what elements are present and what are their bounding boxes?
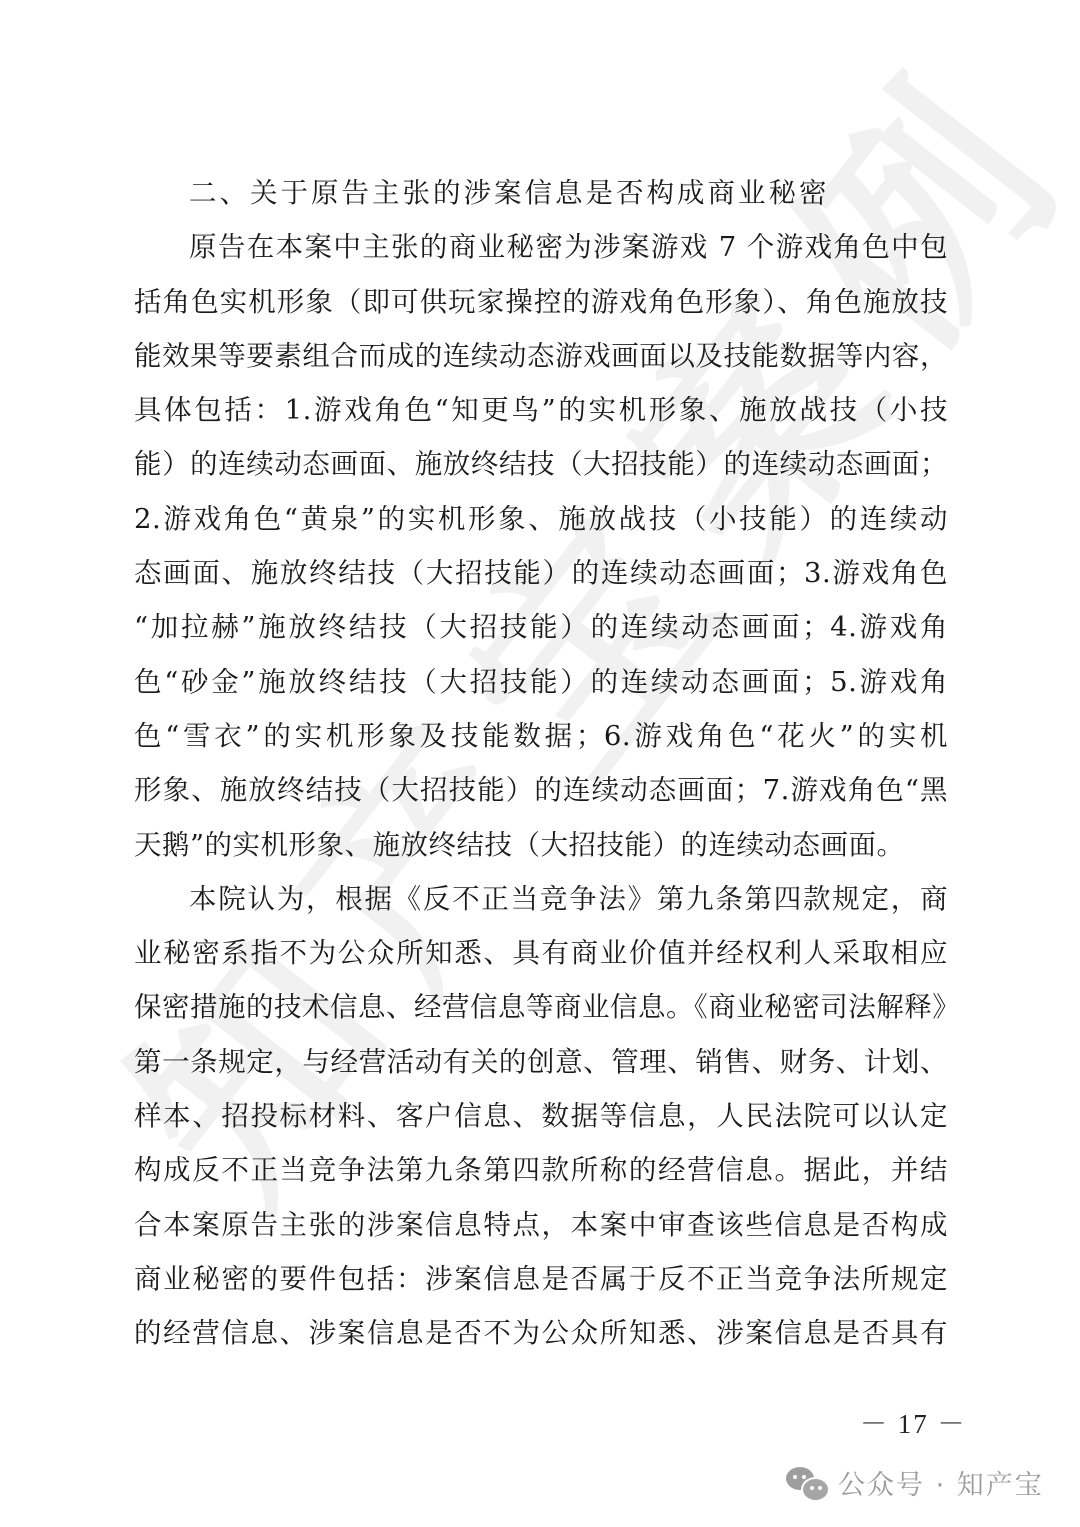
document-page: 二、关于原告主张的涉案信息是否构成商业秘密 原告在本案中主张的商业秘密为涉案游戏… [134,166,948,1361]
text-line: 天鹅”的实机形象、施放终结技（大招技能）的连续动态画面。 [134,818,948,872]
text-line: 保密措施的技术信息、经营信息等商业信息。《商业秘密司法解释》 [134,980,948,1034]
text-line: 色“砂金”施放终结技（大招技能）的连续动态画面；5.游戏角 [134,655,948,709]
wechat-account-footer: 公众号 · 知产宝 [786,1463,1044,1502]
text-line: 色“雪衣”的实机形象及技能数据；6.游戏角色“花火”的实机 [134,709,948,763]
paragraph-court-opinion: 本院认为，根据《反不正当竞争法》第九条第四款规定，商 业秘密系指不为公众所知悉、… [134,872,948,1361]
text-line: 具体包括：1.游戏角色“知更鸟”的实机形象、施放战技（小技 [134,383,948,437]
text-line: 构成反不正当竞争法第九条第四款所称的经营信息。据此，并结 [134,1143,948,1197]
paragraph-plaintiff-claims: 原告在本案中主张的商业秘密为涉案游戏 7 个游戏角色中包 括角色实机形象（即可供… [134,220,948,872]
text-line: 能效果等要素组合而成的连续动态游戏画面以及技能数据等内容， [134,329,948,383]
text-line: 原告在本案中主张的商业秘密为涉案游戏 7 个游戏角色中包 [134,220,948,274]
wechat-icon [786,1467,828,1499]
text-line: 本院认为，根据《反不正当竞争法》第九条第四款规定，商 [134,872,948,926]
text-line: 形象、施放终结技（大招技能）的连续动态画面；7.游戏角色“黑 [134,763,948,817]
text-line: 2.游戏角色“黄泉”的实机形象、施放战技（小技能）的连续动 [134,492,948,546]
page-number: － 17 － [860,1402,967,1441]
text-line: 括角色实机形象（即可供玩家操控的游戏角色形象）、角色施放技 [134,275,948,329]
text-line: 第一条规定，与经营活动有关的创意、管理、销售、财务、计划、 [134,1035,948,1089]
text-line: 能）的连续动态画面、施放终结技（大招技能）的连续动态画面； [134,437,948,491]
text-line: “加拉赫”施放终结技（大招技能）的连续动态画面；4.游戏角 [134,600,948,654]
text-line: 的经营信息、涉案信息是否不为公众所知悉、涉案信息是否具有 [134,1306,948,1360]
account-name: 公众号 · 知产宝 [838,1463,1044,1502]
text-line: 样本、招投标材料、客户信息、数据等信息，人民法院可以认定 [134,1089,948,1143]
text-line: 商业秘密的要件包括：涉案信息是否属于反不正当竞争法所规定 [134,1252,948,1306]
section-heading: 二、关于原告主张的涉案信息是否构成商业秘密 [134,166,948,220]
text-line: 态画面、施放终结技（大招技能）的连续动态画面；3.游戏角色 [134,546,948,600]
text-line: 合本案原告主张的涉案信息特点，本案中审查该些信息是否构成 [134,1198,948,1252]
text-line: 业秘密系指不为公众所知悉、具有商业价值并经权利人采取相应 [134,926,948,980]
